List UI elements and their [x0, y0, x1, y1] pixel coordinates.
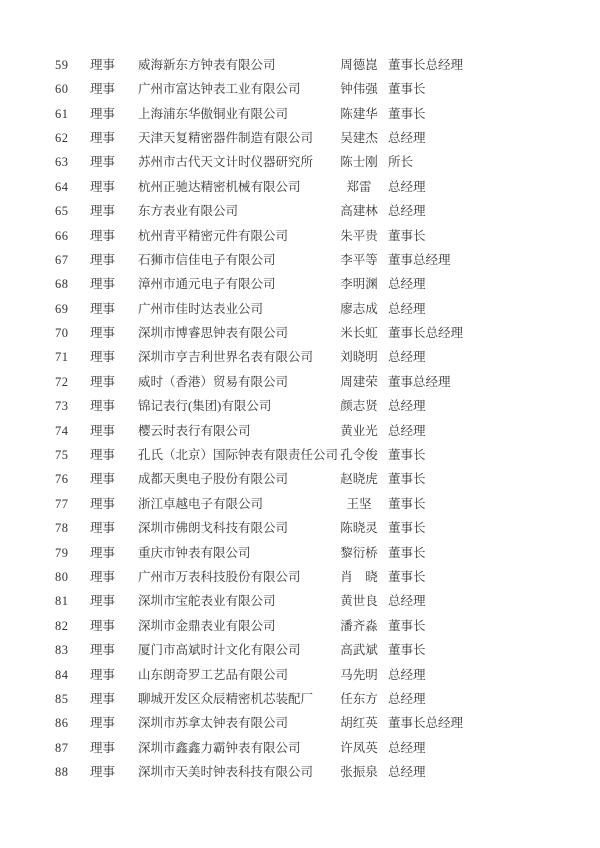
row-number: 60	[55, 77, 90, 101]
row-number: 68	[55, 272, 90, 296]
row-role: 理事	[90, 297, 138, 321]
row-person: 吴建杰	[336, 126, 382, 150]
row-company: 重庆市钟表有限公司	[138, 541, 336, 565]
table-row: 88 理事 深圳市天美时钟表科技有限公司 张振泉 总经理	[0, 760, 600, 784]
table-row: 66 理事 杭州青平精密元件有限公司 朱平贵 董事长	[0, 224, 600, 248]
row-role: 理事	[90, 345, 138, 369]
table-row: 70 理事 深圳市博睿思钟表有限公司 米长虹 董事长总经理	[0, 321, 600, 345]
table-row: 72 理事 威时（香港）贸易有限公司 周建荣 董事总经理	[0, 370, 600, 394]
row-title: 董事长	[388, 492, 426, 516]
row-number: 85	[55, 687, 90, 711]
row-person: 李平等	[336, 248, 382, 272]
row-company: 东方表业有限公司	[138, 199, 336, 223]
row-title: 总经理	[388, 345, 426, 369]
row-company: 石狮市信佳电子有限公司	[138, 248, 336, 272]
table-row: 63 理事 苏州市古代天文计时仪器研究所 陈士刚 所长	[0, 150, 600, 174]
row-title: 董事长	[388, 516, 426, 540]
row-title: 总经理	[388, 175, 426, 199]
row-title: 总经理	[388, 126, 426, 150]
row-company: 聊城开发区众辰精密机芯装配厂	[138, 687, 336, 711]
row-number: 59	[55, 53, 90, 77]
row-role: 理事	[90, 614, 138, 638]
row-company: 上海浦东华傲铜业有限公司	[138, 102, 336, 126]
row-title: 董事长	[388, 638, 426, 662]
row-company: 威海新东方钟表有限公司	[138, 53, 336, 77]
row-title: 董事总经理	[388, 248, 451, 272]
row-role: 理事	[90, 150, 138, 174]
row-company: 深圳市鑫鑫力霸钟表有限公司	[138, 736, 336, 760]
row-company: 樱云时表行有限公司	[138, 419, 336, 443]
row-role: 理事	[90, 760, 138, 784]
row-company: 浙江卓越电子有限公司	[138, 492, 336, 516]
row-company: 成都天奥电子股份有限公司	[138, 467, 336, 491]
row-person: 郑雷	[336, 175, 382, 199]
table-row: 79 理事 重庆市钟表有限公司 黎衍桥 董事长	[0, 541, 600, 565]
table-row: 82 理事 深圳市金鼎表业有限公司 潘齐淼 董事长	[0, 614, 600, 638]
row-number: 86	[55, 711, 90, 735]
table-row: 87 理事 深圳市鑫鑫力霸钟表有限公司 许凤英 总经理	[0, 736, 600, 760]
table-row: 65 理事 东方表业有限公司 高建林 总经理	[0, 199, 600, 223]
row-title: 董事长	[388, 77, 426, 101]
row-title: 所长	[388, 150, 413, 174]
row-person: 陈士刚	[336, 150, 382, 174]
row-company: 威时（香港）贸易有限公司	[138, 370, 336, 394]
row-title: 总经理	[388, 663, 426, 687]
row-role: 理事	[90, 687, 138, 711]
table-row: 75 理事 孔氏（北京）国际钟表有限责任公司 孔令俊 董事长	[0, 443, 600, 467]
row-person: 李明渊	[336, 272, 382, 296]
row-number: 74	[55, 419, 90, 443]
row-title: 董事长	[388, 541, 426, 565]
row-number: 70	[55, 321, 90, 345]
row-role: 理事	[90, 224, 138, 248]
row-number: 83	[55, 638, 90, 662]
row-number: 88	[55, 760, 90, 784]
row-role: 理事	[90, 321, 138, 345]
row-number: 66	[55, 224, 90, 248]
row-person: 任东方	[336, 687, 382, 711]
row-title: 董事长总经理	[388, 53, 463, 77]
row-company: 孔氏（北京）国际钟表有限责任公司	[138, 443, 336, 467]
table-row: 67 理事 石狮市信佳电子有限公司 李平等 董事总经理	[0, 248, 600, 272]
table-row: 77 理事 浙江卓越电子有限公司 王坚 董事长	[0, 492, 600, 516]
row-person: 许凤英	[336, 736, 382, 760]
row-number: 63	[55, 150, 90, 174]
row-title: 总经理	[388, 687, 426, 711]
row-role: 理事	[90, 199, 138, 223]
row-title: 董事长	[388, 102, 426, 126]
row-company: 深圳市亨吉利世界名表有限公司	[138, 345, 336, 369]
row-role: 理事	[90, 443, 138, 467]
row-number: 82	[55, 614, 90, 638]
row-number: 65	[55, 199, 90, 223]
table-row: 61 理事 上海浦东华傲铜业有限公司 陈建华 董事长	[0, 102, 600, 126]
row-role: 理事	[90, 663, 138, 687]
table-row: 64 理事 杭州正驰达精密机械有限公司 郑雷 总经理	[0, 175, 600, 199]
document-page: 59 理事 威海新东方钟表有限公司 周德崑 董事长总经理 60 理事 广州市富达…	[0, 0, 600, 848]
row-company: 深圳市苏拿太钟表有限公司	[138, 711, 336, 735]
row-company: 深圳市金鼎表业有限公司	[138, 614, 336, 638]
row-person: 王坚	[336, 492, 382, 516]
row-number: 67	[55, 248, 90, 272]
row-title: 总经理	[388, 760, 426, 784]
table-row: 59 理事 威海新东方钟表有限公司 周德崑 董事长总经理	[0, 53, 600, 77]
row-person: 马先明	[336, 663, 382, 687]
row-company: 广州市万表科技股份有限公司	[138, 565, 336, 589]
row-role: 理事	[90, 370, 138, 394]
table-row: 86 理事 深圳市苏拿太钟表有限公司 胡红英 董事长总经理	[0, 711, 600, 735]
row-role: 理事	[90, 394, 138, 418]
row-person: 黄世良	[336, 589, 382, 613]
row-number: 76	[55, 467, 90, 491]
row-person: 颜志贤	[336, 394, 382, 418]
row-company: 厦门市高斌时计文化有限公司	[138, 638, 336, 662]
row-company: 广州市佳时达表业公司	[138, 297, 336, 321]
row-role: 理事	[90, 516, 138, 540]
row-title: 总经理	[388, 589, 426, 613]
row-title: 总经理	[388, 272, 426, 296]
row-person: 高建林	[336, 199, 382, 223]
row-role: 理事	[90, 736, 138, 760]
row-person: 周建荣	[336, 370, 382, 394]
row-role: 理事	[90, 492, 138, 516]
row-person: 陈晓灵	[336, 516, 382, 540]
table-row: 74 理事 樱云时表行有限公司 黄业光 总经理	[0, 419, 600, 443]
row-title: 董事长	[388, 467, 426, 491]
table-row: 85 理事 聊城开发区众辰精密机芯装配厂 任东方 总经理	[0, 687, 600, 711]
table-row: 81 理事 深圳市宝舵表业有限公司 黄世良 总经理	[0, 589, 600, 613]
row-title: 总经理	[388, 394, 426, 418]
row-title: 董事长	[388, 443, 426, 467]
row-person: 刘晓明	[336, 345, 382, 369]
row-title: 董事长	[388, 614, 426, 638]
table-row: 80 理事 广州市万表科技股份有限公司 肖 晓 董事长	[0, 565, 600, 589]
row-person: 黄业光	[336, 419, 382, 443]
row-person: 高武斌	[336, 638, 382, 662]
row-role: 理事	[90, 541, 138, 565]
row-number: 79	[55, 541, 90, 565]
row-number: 61	[55, 102, 90, 126]
row-title: 总经理	[388, 419, 426, 443]
row-number: 77	[55, 492, 90, 516]
row-company: 天津天复精密器件制造有限公司	[138, 126, 336, 150]
row-number: 75	[55, 443, 90, 467]
row-title: 总经理	[388, 297, 426, 321]
row-company: 锦记表行(集团)有限公司	[138, 394, 336, 418]
row-role: 理事	[90, 638, 138, 662]
row-role: 理事	[90, 589, 138, 613]
row-person: 潘齐淼	[336, 614, 382, 638]
row-title: 董事总经理	[388, 370, 451, 394]
table-row: 62 理事 天津天复精密器件制造有限公司 吴建杰 总经理	[0, 126, 600, 150]
directors-table: 59 理事 威海新东方钟表有限公司 周德崑 董事长总经理 60 理事 广州市富达…	[0, 53, 600, 785]
row-number: 69	[55, 297, 90, 321]
row-role: 理事	[90, 248, 138, 272]
row-person: 肖 晓	[336, 565, 382, 589]
row-role: 理事	[90, 102, 138, 126]
table-row: 84 理事 山东朗奇罗工艺品有限公司 马先明 总经理	[0, 663, 600, 687]
table-row: 71 理事 深圳市亨吉利世界名表有限公司 刘晓明 总经理	[0, 345, 600, 369]
row-company: 深圳市天美时钟表科技有限公司	[138, 760, 336, 784]
row-company: 深圳市宝舵表业有限公司	[138, 589, 336, 613]
row-number: 87	[55, 736, 90, 760]
row-person: 胡红英	[336, 711, 382, 735]
row-title: 总经理	[388, 736, 426, 760]
row-person: 陈建华	[336, 102, 382, 126]
row-number: 62	[55, 126, 90, 150]
row-title: 董事长总经理	[388, 711, 463, 735]
table-row: 68 理事 漳州市通元电子有限公司 李明渊 总经理	[0, 272, 600, 296]
row-person: 赵晓虎	[336, 467, 382, 491]
table-row: 73 理事 锦记表行(集团)有限公司 颜志贤 总经理	[0, 394, 600, 418]
table-row: 76 理事 成都天奥电子股份有限公司 赵晓虎 董事长	[0, 467, 600, 491]
row-number: 78	[55, 516, 90, 540]
row-person: 孔令俊	[336, 443, 382, 467]
table-row: 60 理事 广州市富达钟表工业有限公司 钟伟强 董事长	[0, 77, 600, 101]
row-number: 64	[55, 175, 90, 199]
row-person: 钟伟强	[336, 77, 382, 101]
table-row: 69 理事 广州市佳时达表业公司 廖志成 总经理	[0, 297, 600, 321]
row-title: 总经理	[388, 199, 426, 223]
row-company: 杭州青平精密元件有限公司	[138, 224, 336, 248]
table-row: 83 理事 厦门市高斌时计文化有限公司 高武斌 董事长	[0, 638, 600, 662]
row-company: 漳州市通元电子有限公司	[138, 272, 336, 296]
row-title: 董事长	[388, 224, 426, 248]
row-person: 周德崑	[336, 53, 382, 77]
row-person: 朱平贵	[336, 224, 382, 248]
row-number: 71	[55, 345, 90, 369]
row-role: 理事	[90, 467, 138, 491]
row-company: 山东朗奇罗工艺品有限公司	[138, 663, 336, 687]
row-company: 苏州市古代天文计时仪器研究所	[138, 150, 336, 174]
row-role: 理事	[90, 565, 138, 589]
row-number: 73	[55, 394, 90, 418]
row-role: 理事	[90, 77, 138, 101]
row-title: 董事长总经理	[388, 321, 463, 345]
row-number: 81	[55, 589, 90, 613]
row-number: 80	[55, 565, 90, 589]
row-role: 理事	[90, 711, 138, 735]
row-company: 深圳市佛朗戈科技有限公司	[138, 516, 336, 540]
row-person: 廖志成	[336, 297, 382, 321]
row-role: 理事	[90, 53, 138, 77]
row-number: 72	[55, 370, 90, 394]
row-role: 理事	[90, 419, 138, 443]
row-role: 理事	[90, 272, 138, 296]
row-person: 黎衍桥	[336, 541, 382, 565]
row-person: 米长虹	[336, 321, 382, 345]
row-role: 理事	[90, 175, 138, 199]
row-title: 董事长	[388, 565, 426, 589]
row-company: 杭州正驰达精密机械有限公司	[138, 175, 336, 199]
table-row: 78 理事 深圳市佛朗戈科技有限公司 陈晓灵 董事长	[0, 516, 600, 540]
row-company: 广州市富达钟表工业有限公司	[138, 77, 336, 101]
row-role: 理事	[90, 126, 138, 150]
row-company: 深圳市博睿思钟表有限公司	[138, 321, 336, 345]
row-number: 84	[55, 663, 90, 687]
row-person: 张振泉	[336, 760, 382, 784]
